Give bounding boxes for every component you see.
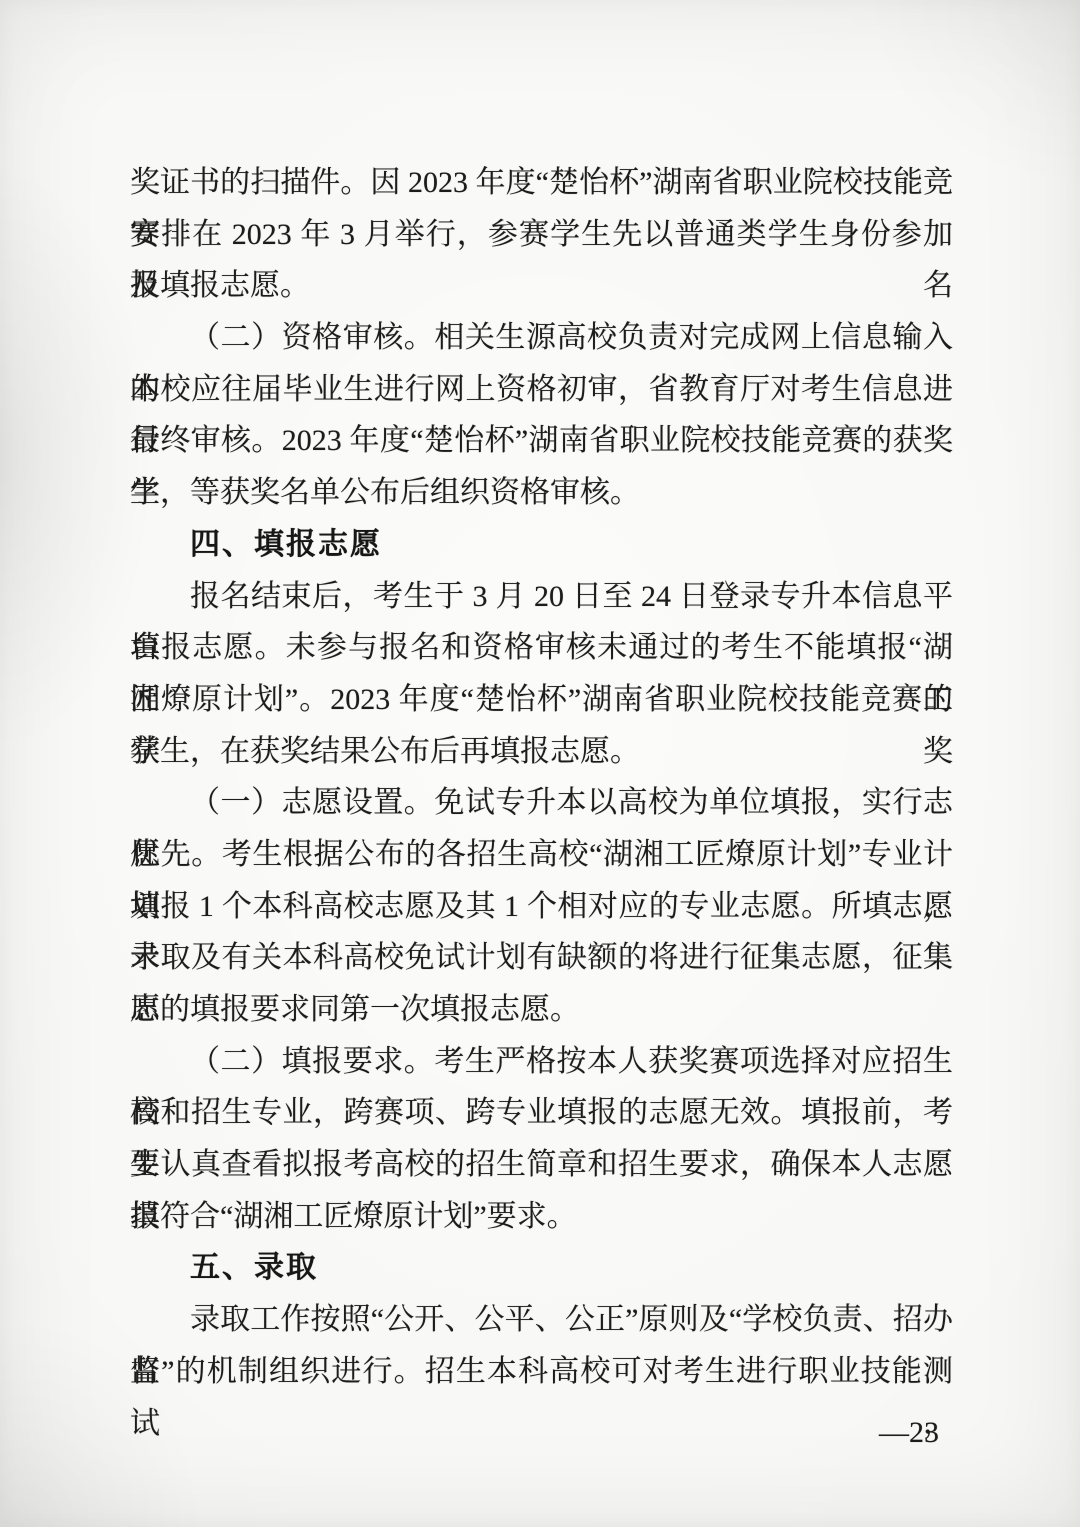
text-line: 愿的填报要求同第一次填报志愿。 [130,984,953,1036]
text-line: 录取及有关本科高校免试计划有缺额的将进行征集志愿，征集志 [130,932,953,984]
text-line: 优先。考生根据公布的各招生高校“湖湘工匠燎原计划”专业计划， [130,829,953,881]
text-line: 校和招生专业，跨赛项、跨专业填报的志愿无效。填报前，考生 [130,1087,953,1139]
text-line: （一）志愿设置。免试专升本以高校为单位填报，实行志愿 [130,777,953,829]
section-heading-5: 五、录取 [130,1242,953,1294]
text-line: 本校应往届毕业生进行网上资格初审，省教育厅对考生信息进行 [130,364,953,416]
text-line: 安排在 2023 年 3 月举行，参赛学生先以普通类学生身份参加报名 [130,209,953,261]
text-line: 填报志愿。未参与报名和资格审核未通过的考生不能填报“湖湘工 [130,622,953,674]
text-line: 匠燎原计划”。2023 年度“楚怡杯”湖南省职业院校技能竞赛的获奖 [130,674,953,726]
text-line: （二）填报要求。考生严格按本人获奖赛项选择对应招生高 [130,1036,953,1088]
text-line: 报名结束后，考生于 3 月 20 日至 24 日登录专升本信息平台 [130,571,953,623]
text-line: 生，等获奖名单公布后组织资格审核。 [130,467,953,519]
text-line: 最终审核。2023 年度“楚怡杯”湖南省职业院校技能竞赛的获奖学 [130,415,953,467]
text-line: 录取工作按照“公开、公平、公正”原则及“学校负责、招办监 [130,1294,953,1346]
document-page: 奖证书的扫描件。因 2023 年度“楚怡杯”湖南省职业院校技能竞赛 安排在 20… [0,0,1080,1527]
text-line: 督”的机制组织进行。招生本科高校可对考生进行职业技能测试， [130,1346,953,1398]
section-heading-4: 四、填报志愿 [130,519,953,571]
text-line: （二）资格审核。相关生源高校负责对完成网上信息输入的 [130,312,953,364]
text-line: 奖证书的扫描件。因 2023 年度“楚怡杯”湖南省职业院校技能竞赛 [130,157,953,209]
page-number: —23 [879,1411,939,1455]
text-line: 填报 1 个本科高校志愿及其 1 个相对应的专业志愿。所填志愿未 [130,881,953,933]
text-line: 报符合“湖湘工匠燎原计划”要求。 [130,1191,953,1243]
text-line: 要认真查看拟报考高校的招生简章和招生要求，确保本人志愿填 [130,1139,953,1191]
document-body: 奖证书的扫描件。因 2023 年度“楚怡杯”湖南省职业院校技能竞赛 安排在 20… [130,157,953,1398]
